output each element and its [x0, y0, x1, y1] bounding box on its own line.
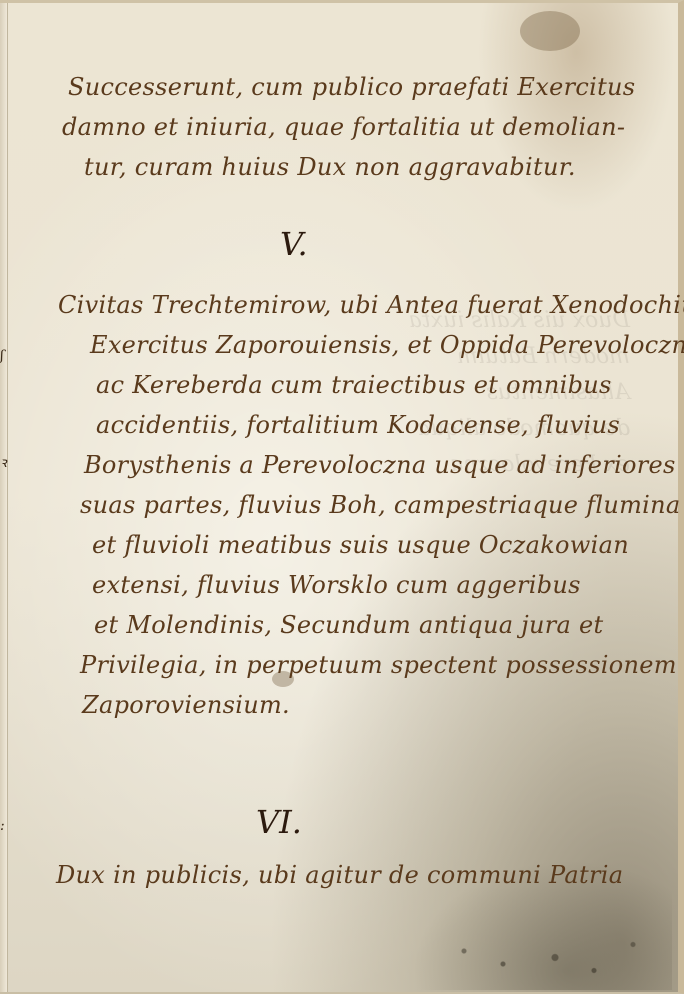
text-line: Privilegia, in perpetuum spectent posses… [50, 645, 660, 685]
text-line: Dux in publicis, ubi agitur de communi P… [56, 855, 666, 895]
section-vi-paragraph: Dux in publicis, ubi agitur de communi P… [56, 855, 666, 895]
text-line: suas partes, fluvius Boh, campestriaque … [50, 485, 660, 525]
text-line: damno et iniuria, quae fortalitia ut dem… [62, 107, 672, 147]
continuation-paragraph: Successerunt, cum publico praefati Exerc… [62, 67, 672, 187]
margin-mark: : [0, 818, 8, 834]
manuscript-page: ʃ ꝛ : Duox uis Kalis iuxta modern Batuim… [0, 0, 684, 994]
text-line: accidentiis, fortalitium Kodacense, fluv… [50, 405, 660, 445]
section-v-heading: V. [280, 225, 308, 263]
text-line: Borysthenis a Perevoloczna usque ad infe… [50, 445, 660, 485]
section-vi-heading: VI. [256, 803, 302, 841]
text-line: tur, curam huius Dux non aggravabitur. [62, 147, 672, 187]
text-line: Exercitus Zaporouiensis, et Oppida Perev… [50, 325, 660, 365]
margin-mark: ʃ [0, 348, 8, 364]
text-line: Zaporoviensium. [50, 685, 660, 725]
text-line: et Molendinis, Secundum antiqua jura et [50, 605, 660, 645]
binding-gutter [0, 3, 8, 992]
text-line: Civitas Trechtemirow, ubi Antea fuerat X… [50, 285, 660, 325]
margin-mark: ꝛ [0, 453, 8, 472]
text-line: et fluvioli meatibus suis usque Oczakowi… [50, 525, 660, 565]
section-v-paragraph: Civitas Trechtemirow, ubi Antea fuerat X… [50, 285, 660, 725]
ink-stain [520, 11, 580, 51]
text-line: Successerunt, cum publico praefati Exerc… [62, 67, 672, 107]
text-line: extensi, fluvius Worsklo cum aggeribus [50, 565, 660, 605]
text-line: ac Kereberda cum traiectibus et omnibus [50, 365, 660, 405]
